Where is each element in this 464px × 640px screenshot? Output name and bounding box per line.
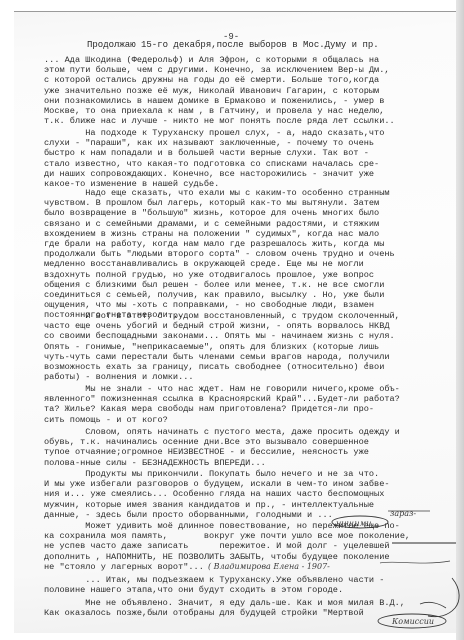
text-line: быстро к нам попадали и в большей части … (44, 148, 384, 158)
text-line: половине нашего этапа,что они будут сход… (44, 585, 384, 595)
handwritten-note: Комиссии (392, 617, 434, 626)
text-line: полова-нные силы - БЕЗНАДЕЖНОСТЬ ВПЕРЕДИ… (44, 458, 400, 468)
text-line: мужчин, которые имея звания кандидатов и… (44, 500, 390, 510)
text-line: ди наших сопровождающих. Конечно, все на… (44, 169, 384, 179)
text-line: явленного" пожизненная ссылка в Краснояр… (44, 394, 400, 404)
text-line: с которой остались дружны на годы до её … (44, 75, 395, 85)
text-line: продолжали быть "людьми второго сорта" -… (44, 249, 395, 259)
text-line: Мы не знали - что нас ждет. Нам не говор… (44, 384, 400, 394)
text-line: они познакомились в нашем домике в Ермак… (44, 96, 395, 106)
text-line: слухи - "параши", как их называют заключ… (44, 138, 384, 148)
text-line: тупое отчаяние;огромное НЕИЗВЕСТНОЕ - и … (44, 447, 400, 457)
text-line: Опять - гонимые, "неприкасаемые", опять … (44, 342, 400, 352)
text-line: вздохнуть полной грудью, но уже отодвига… (44, 270, 395, 280)
paragraph-5: Мы не знали - что нас ждет. Нам не говор… (44, 384, 400, 425)
text-line: медленно восстанавливались в окружающей … (44, 259, 395, 269)
text-line: общения с близкими был решен - более или… (44, 280, 395, 290)
text-line: работы) - волнения и ломки... (44, 372, 400, 382)
handwritten-note: нищими... (336, 519, 379, 528)
text-line: соединиться с семьей, получив, как прави… (44, 290, 395, 300)
text-line: связано и с семейными драмами, и с семей… (44, 219, 395, 229)
paragraph-7: Продукты мы прикончили. Покупать было не… (44, 469, 390, 520)
scan-edge-shadow (456, 0, 464, 640)
text-line: ка сохранила моя память, вокруг уже почт… (44, 531, 410, 541)
text-line: На подходе к Туруханску прошел слух, - а… (44, 128, 384, 138)
text-line: обувь, т.к. начинались осенние дни.Все э… (44, 437, 400, 447)
text-line: Москве, то она приехала к нам , в Гатчин… (44, 106, 395, 116)
handwritten-note: зараз- (390, 509, 416, 518)
text-line: Как оказалось позже,были отобраны для бу… (44, 608, 405, 618)
text-line: Продукты мы прикончили. Покупать было не… (44, 469, 390, 479)
text-line: не успев часто даже записать пережитое. … (44, 541, 410, 551)
text-line: было возвращение в "большую" жизнь, кото… (44, 208, 395, 218)
text-line: стало известно, что какая-то подготовка … (44, 159, 384, 169)
text-line: И вот в этот, с трудом восстановленный, … (44, 311, 400, 321)
text-line: ощущения, что мы -хоть с поправками, - н… (44, 300, 395, 310)
text-line: ния и... уже смеялись... Особенно гляда … (44, 489, 390, 499)
text-line: чувством. В прошлом был лагерь, который … (44, 198, 395, 208)
paragraph-10: Мне не объявлено. Значит, я еду даль-ше.… (44, 598, 405, 618)
paragraph-2: На подходе к Туруханску прошел слух, - а… (44, 128, 384, 189)
text-line: уже значительно позже её муж, Николай Ив… (44, 86, 395, 96)
text-line: возможность ехать за границу, писать сво… (44, 362, 400, 372)
paragraph-6: Словом, опять начинать с пустого места, … (44, 427, 400, 468)
text-line: та? Жилье? Какая мера свободы нам пригот… (44, 404, 400, 414)
text-line: со своими беспощадными законами... Опять… (44, 331, 400, 341)
text-line: сить помощь - и от кого? (44, 415, 400, 425)
text-line: Надо еще сказать, что ехали мы с каким-т… (44, 188, 395, 198)
text-line: ... Итак, мы подъезжаем к Туруханску.Уже… (44, 575, 384, 585)
paragraph-1: ... Ада Шкодина (Федерольф) и Аля Эфрон,… (44, 55, 395, 126)
paragraph-9: ... Итак, мы подъезжаем к Туруханску.Уже… (44, 575, 384, 595)
text-line: вхождением в жизнь страны на положении "… (44, 229, 395, 239)
text-line: где брали на работу, когда нам мало где … (44, 239, 395, 249)
text-line: этом пути больше, чем с другими. Конечно… (44, 65, 395, 75)
text-line: т.к. ближе нас и лучше - никто не мог по… (44, 116, 395, 126)
paragraph-4: И вот в этот, с трудом восстановленный, … (44, 311, 400, 382)
text-line: дополнить , НАПОМНИТЬ, НЕ ПОЗВОЛИТЬ ЗАБЫ… (44, 552, 410, 562)
text-line: часто еще очень убогий и бедный строй жи… (44, 321, 400, 331)
document-heading: Продолжаю 15-го декабря,после выборов в … (87, 40, 379, 50)
text-line: ... Ада Шкодина (Федерольф) и Аля Эфрон,… (44, 55, 395, 65)
text-line: И мы уже избегали разговоров о будущем, … (44, 479, 390, 489)
text-line: Мне не объявлено. Значит, я еду даль-ше.… (44, 598, 405, 608)
text-line: чуть-чуть сами перестали быть членами се… (44, 352, 400, 362)
paragraph-3: Надо еще сказать, что ехали мы с каким-т… (44, 188, 395, 320)
text-line: Словом, опять начинать с пустого места, … (44, 427, 400, 437)
handwritten-note: ( Владимирова Елена - 1907- (208, 562, 330, 571)
